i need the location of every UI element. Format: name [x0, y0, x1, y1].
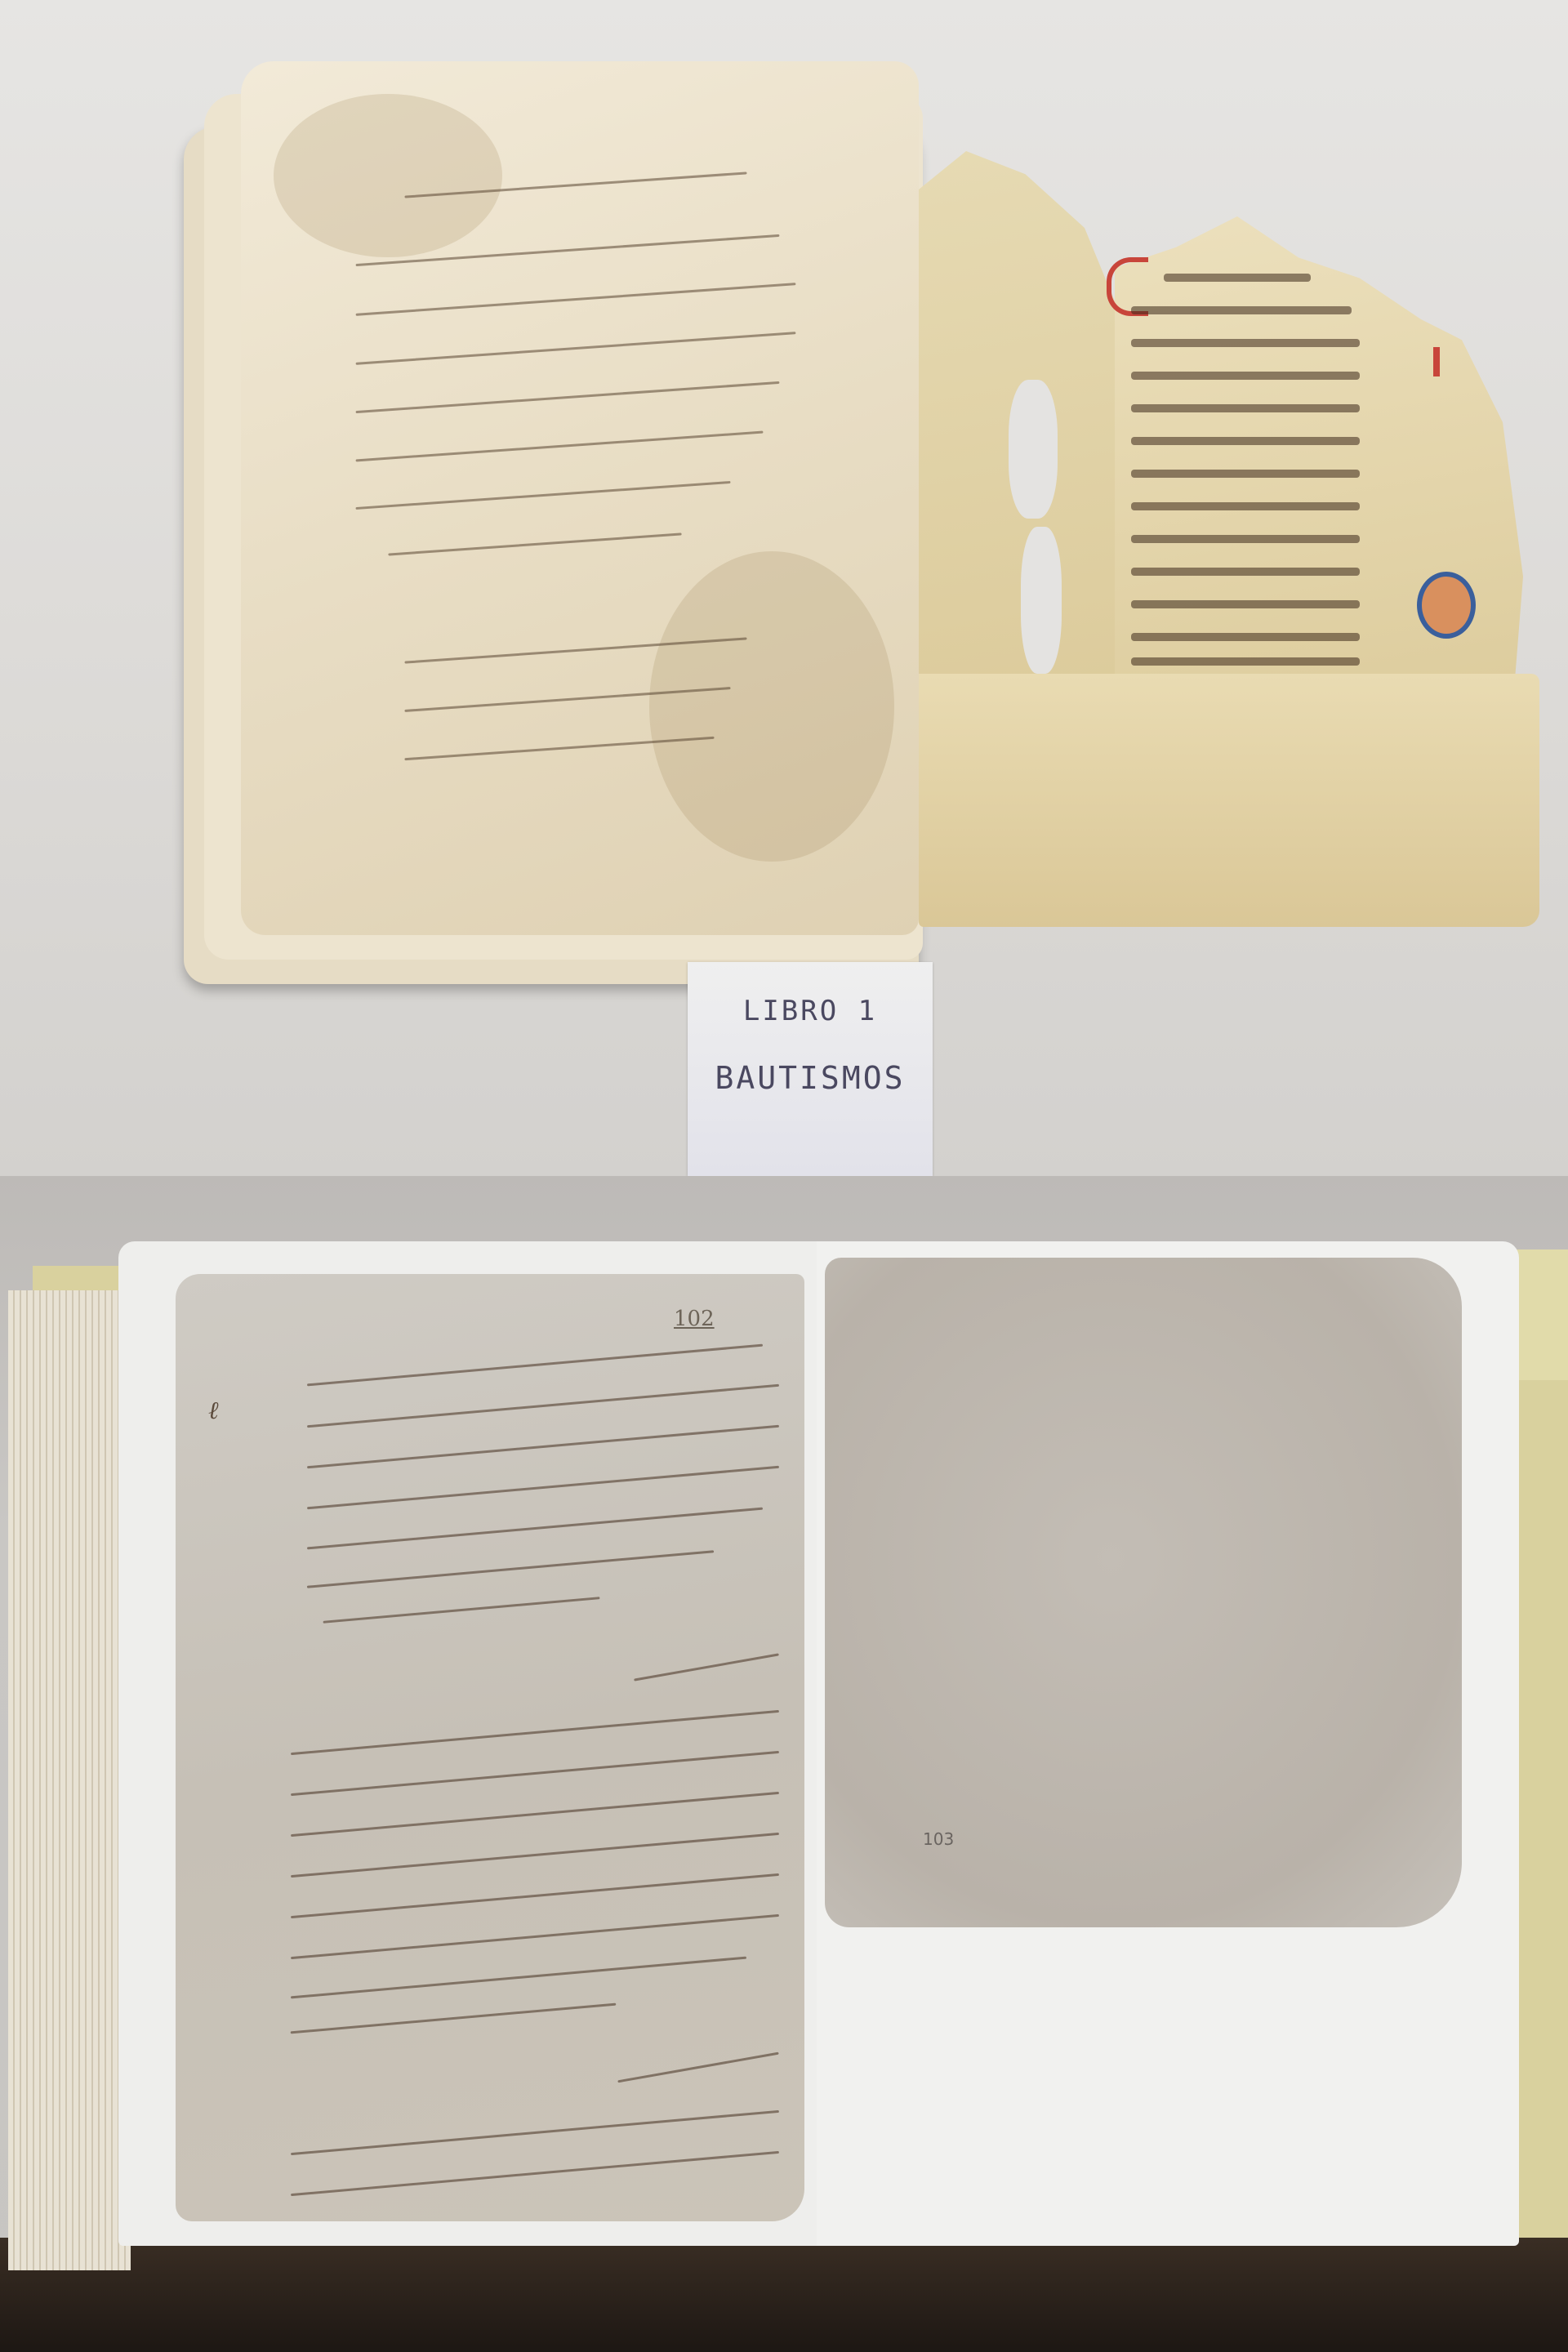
gothic-text-line — [1131, 470, 1360, 478]
photo-bottom-open-register: 102 ℓ 103 — [0, 1176, 1568, 2352]
label-title: BAUTISMOS — [688, 1060, 933, 1096]
handwriting-line — [307, 1466, 779, 1510]
left-page-manuscript: 102 ℓ — [176, 1274, 804, 2221]
stain — [274, 94, 502, 257]
page-edges-stack — [8, 1290, 131, 2270]
gothic-text-line — [1131, 657, 1360, 666]
gothic-text-line — [1131, 372, 1360, 380]
photo-top-register-and-fragment: LIBRO 1 BAUTISMOS — [0, 0, 1568, 1176]
gothic-text-line — [1131, 339, 1360, 347]
gothic-text-line — [1131, 502, 1360, 510]
fragment-hole — [1009, 380, 1058, 519]
pencil-page-number: 103 — [923, 1829, 954, 1849]
right-page: 103 — [817, 1241, 1519, 2246]
handwriting-line — [291, 2003, 617, 2034]
signature — [617, 2052, 778, 2083]
blue-illuminated-initial — [1417, 572, 1476, 639]
gothic-text-line — [1131, 535, 1360, 543]
handwriting-line — [291, 1792, 779, 1837]
handwriting-line — [291, 1957, 746, 1999]
label-volume: LIBRO 1 — [688, 995, 933, 1027]
red-rubric-mark — [1433, 347, 1440, 376]
right-page-reinforced-verso: 103 — [825, 1258, 1462, 1927]
handwriting-line — [291, 2151, 779, 2196]
handwriting-line — [307, 1344, 763, 1387]
fragment-hole — [1021, 527, 1062, 674]
damaged-register-bundle — [184, 45, 927, 984]
handwriting-line — [307, 1425, 779, 1469]
stain — [649, 551, 894, 862]
gothic-text-line — [1131, 568, 1360, 576]
gothic-text-line — [1131, 306, 1352, 314]
book-shadow — [0, 2238, 1568, 2352]
handwriting-line — [307, 1550, 714, 1588]
left-page: 102 ℓ — [118, 1241, 821, 2246]
signature — [634, 1653, 779, 1681]
handwriting-line — [291, 1873, 779, 1918]
handwriting-line — [291, 1914, 779, 1959]
handwriting-line — [307, 1384, 779, 1428]
medieval-parchment-fragment — [919, 151, 1539, 927]
fragment-lower-band — [919, 674, 1539, 927]
gothic-text-line — [1131, 600, 1360, 608]
handwriting-line — [291, 2110, 779, 2155]
handwriting-line — [323, 1597, 600, 1624]
handwriting-line — [307, 1508, 763, 1550]
handwriting-line — [291, 1833, 779, 1878]
gothic-text-line — [1131, 437, 1360, 445]
handwriting-line — [355, 481, 730, 510]
handwriting-line — [356, 283, 796, 316]
folio-number: 102 — [674, 1307, 715, 1331]
gothic-text-line — [1131, 404, 1360, 412]
handwriting-line — [356, 381, 780, 413]
handwriting-line — [356, 332, 796, 365]
handwriting-line — [291, 1710, 779, 1755]
gothic-text-line — [1164, 274, 1311, 282]
handwriting-line — [291, 1751, 779, 1796]
label-card: LIBRO 1 BAUTISMOS — [688, 962, 933, 1176]
handwriting-line — [356, 431, 764, 462]
gothic-text-line — [1131, 633, 1360, 641]
handwriting-line — [388, 532, 681, 555]
register-top-page — [241, 61, 919, 935]
margin-note: ℓ — [208, 1396, 219, 1425]
